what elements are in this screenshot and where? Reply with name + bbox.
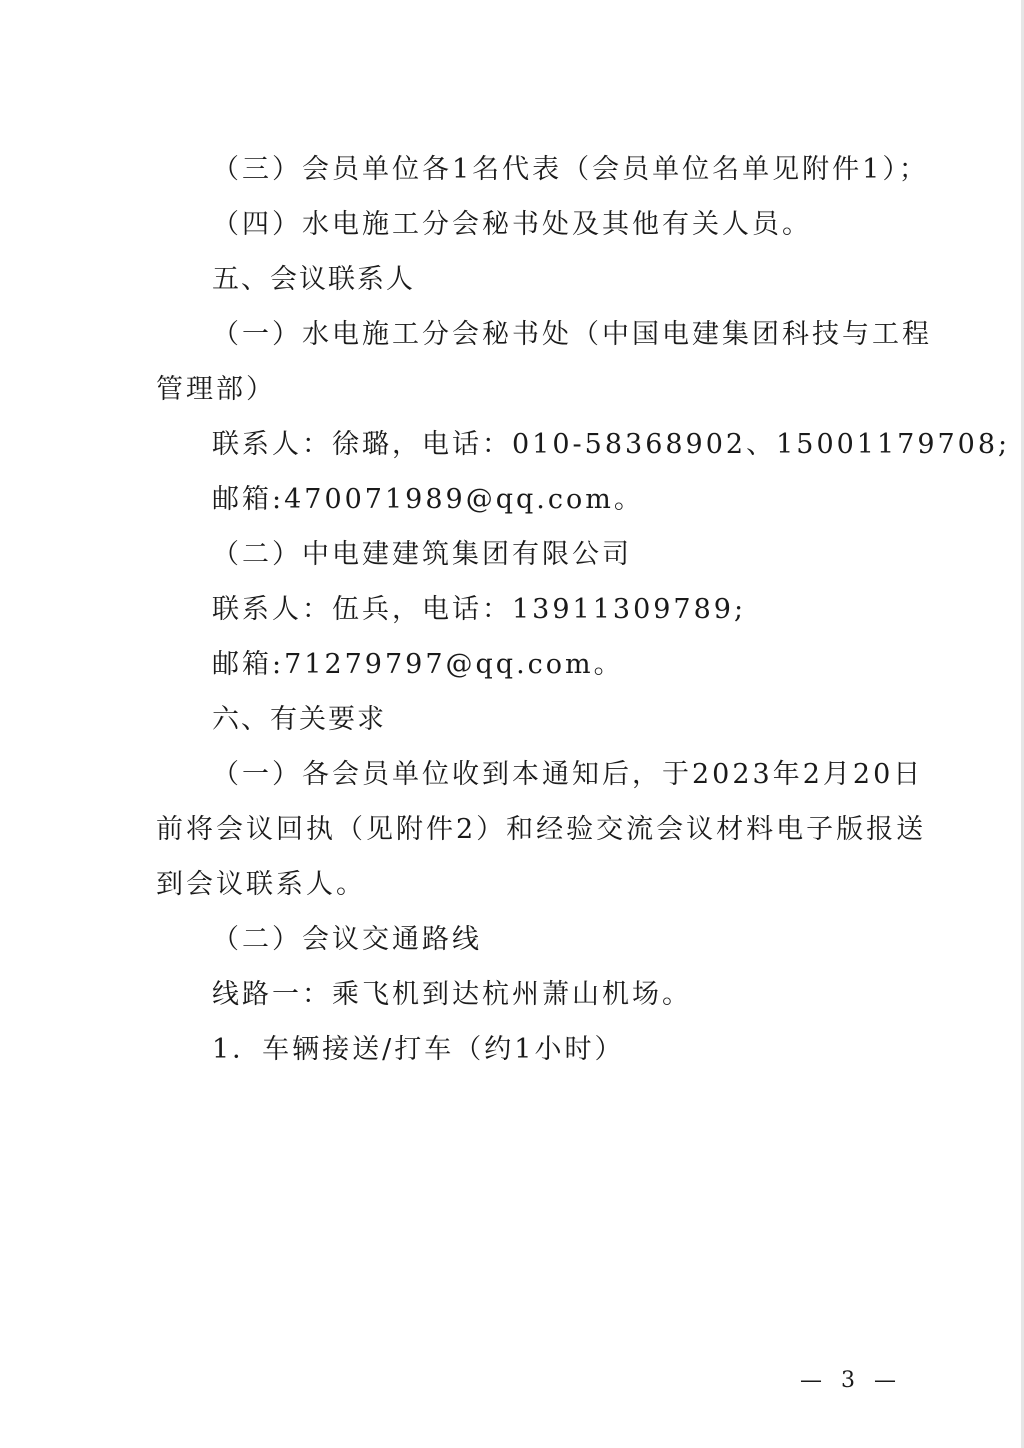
line-contact-2-person: 联系人：伍兵，电话：13911309789; <box>212 596 746 623</box>
section-heading-requirements: 六、有关要求 <box>212 706 386 733</box>
line-requirement-1-end: 到会议联系人。 <box>156 871 366 898</box>
line-route-1: 线路一：乘飞机到达杭州萧山机场。 <box>212 981 692 1008</box>
line-requirement-1-cont: 前将会议回执（见附件2）和经验交流会议材料电子版报送 <box>156 816 926 843</box>
line-requirement-2: （二）会议交通路线 <box>212 926 482 953</box>
line-attendees-3: （三）会员单位各1名代表（会员单位名单见附件1）； <box>212 156 929 183</box>
line-contact-1-org: （一）水电施工分会秘书处（中国电建集团科技与工程 <box>212 321 932 348</box>
page-number: — 3 — <box>800 1368 902 1393</box>
line-attendees-4: （四）水电施工分会秘书处及其他有关人员。 <box>212 211 812 238</box>
line-contact-1-email: 邮箱:470071989@qq.com。 <box>212 486 644 513</box>
line-contact-1-person: 联系人：徐璐，电话：010-58368902、15001179708; <box>212 431 1010 458</box>
line-contact-1-org-cont: 管理部） <box>156 376 276 403</box>
line-contact-2-org: （二）中电建建筑集团有限公司 <box>212 541 632 568</box>
line-contact-2-email: 邮箱:71279797@qq.com。 <box>212 651 624 678</box>
section-heading-contacts: 五、会议联系人 <box>212 266 415 293</box>
line-requirement-1: （一）各会员单位收到本通知后，于2023年2月20日 <box>212 761 923 788</box>
line-route-1-item-1: 1．车辆接送/打车（约1小时） <box>212 1036 624 1063</box>
